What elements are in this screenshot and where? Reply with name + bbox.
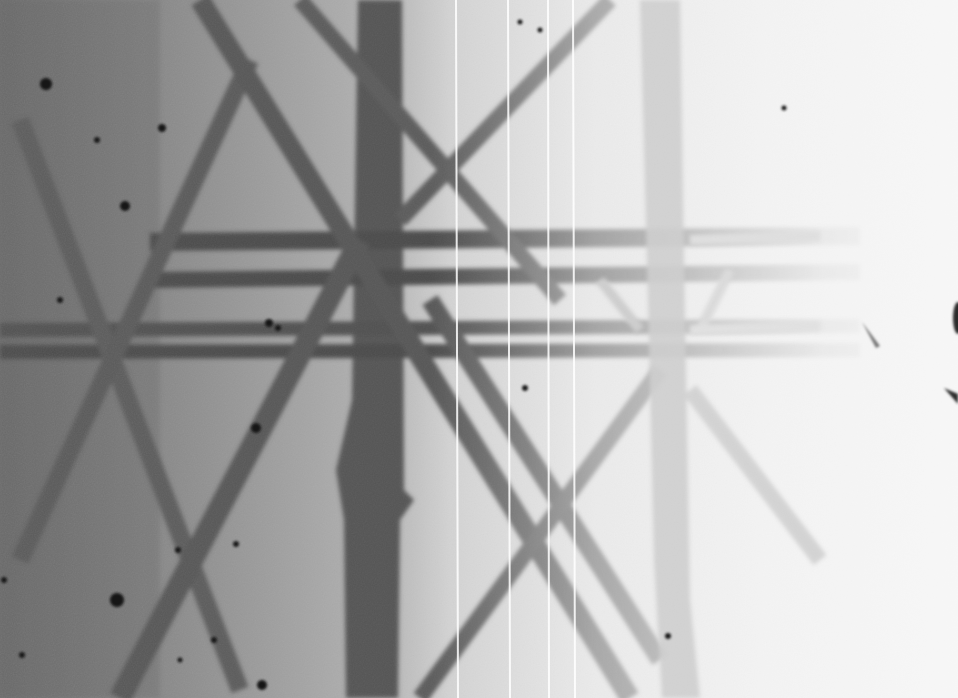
film-grain	[0, 0, 958, 698]
film-still	[0, 0, 958, 698]
lattice-scene	[0, 0, 958, 698]
